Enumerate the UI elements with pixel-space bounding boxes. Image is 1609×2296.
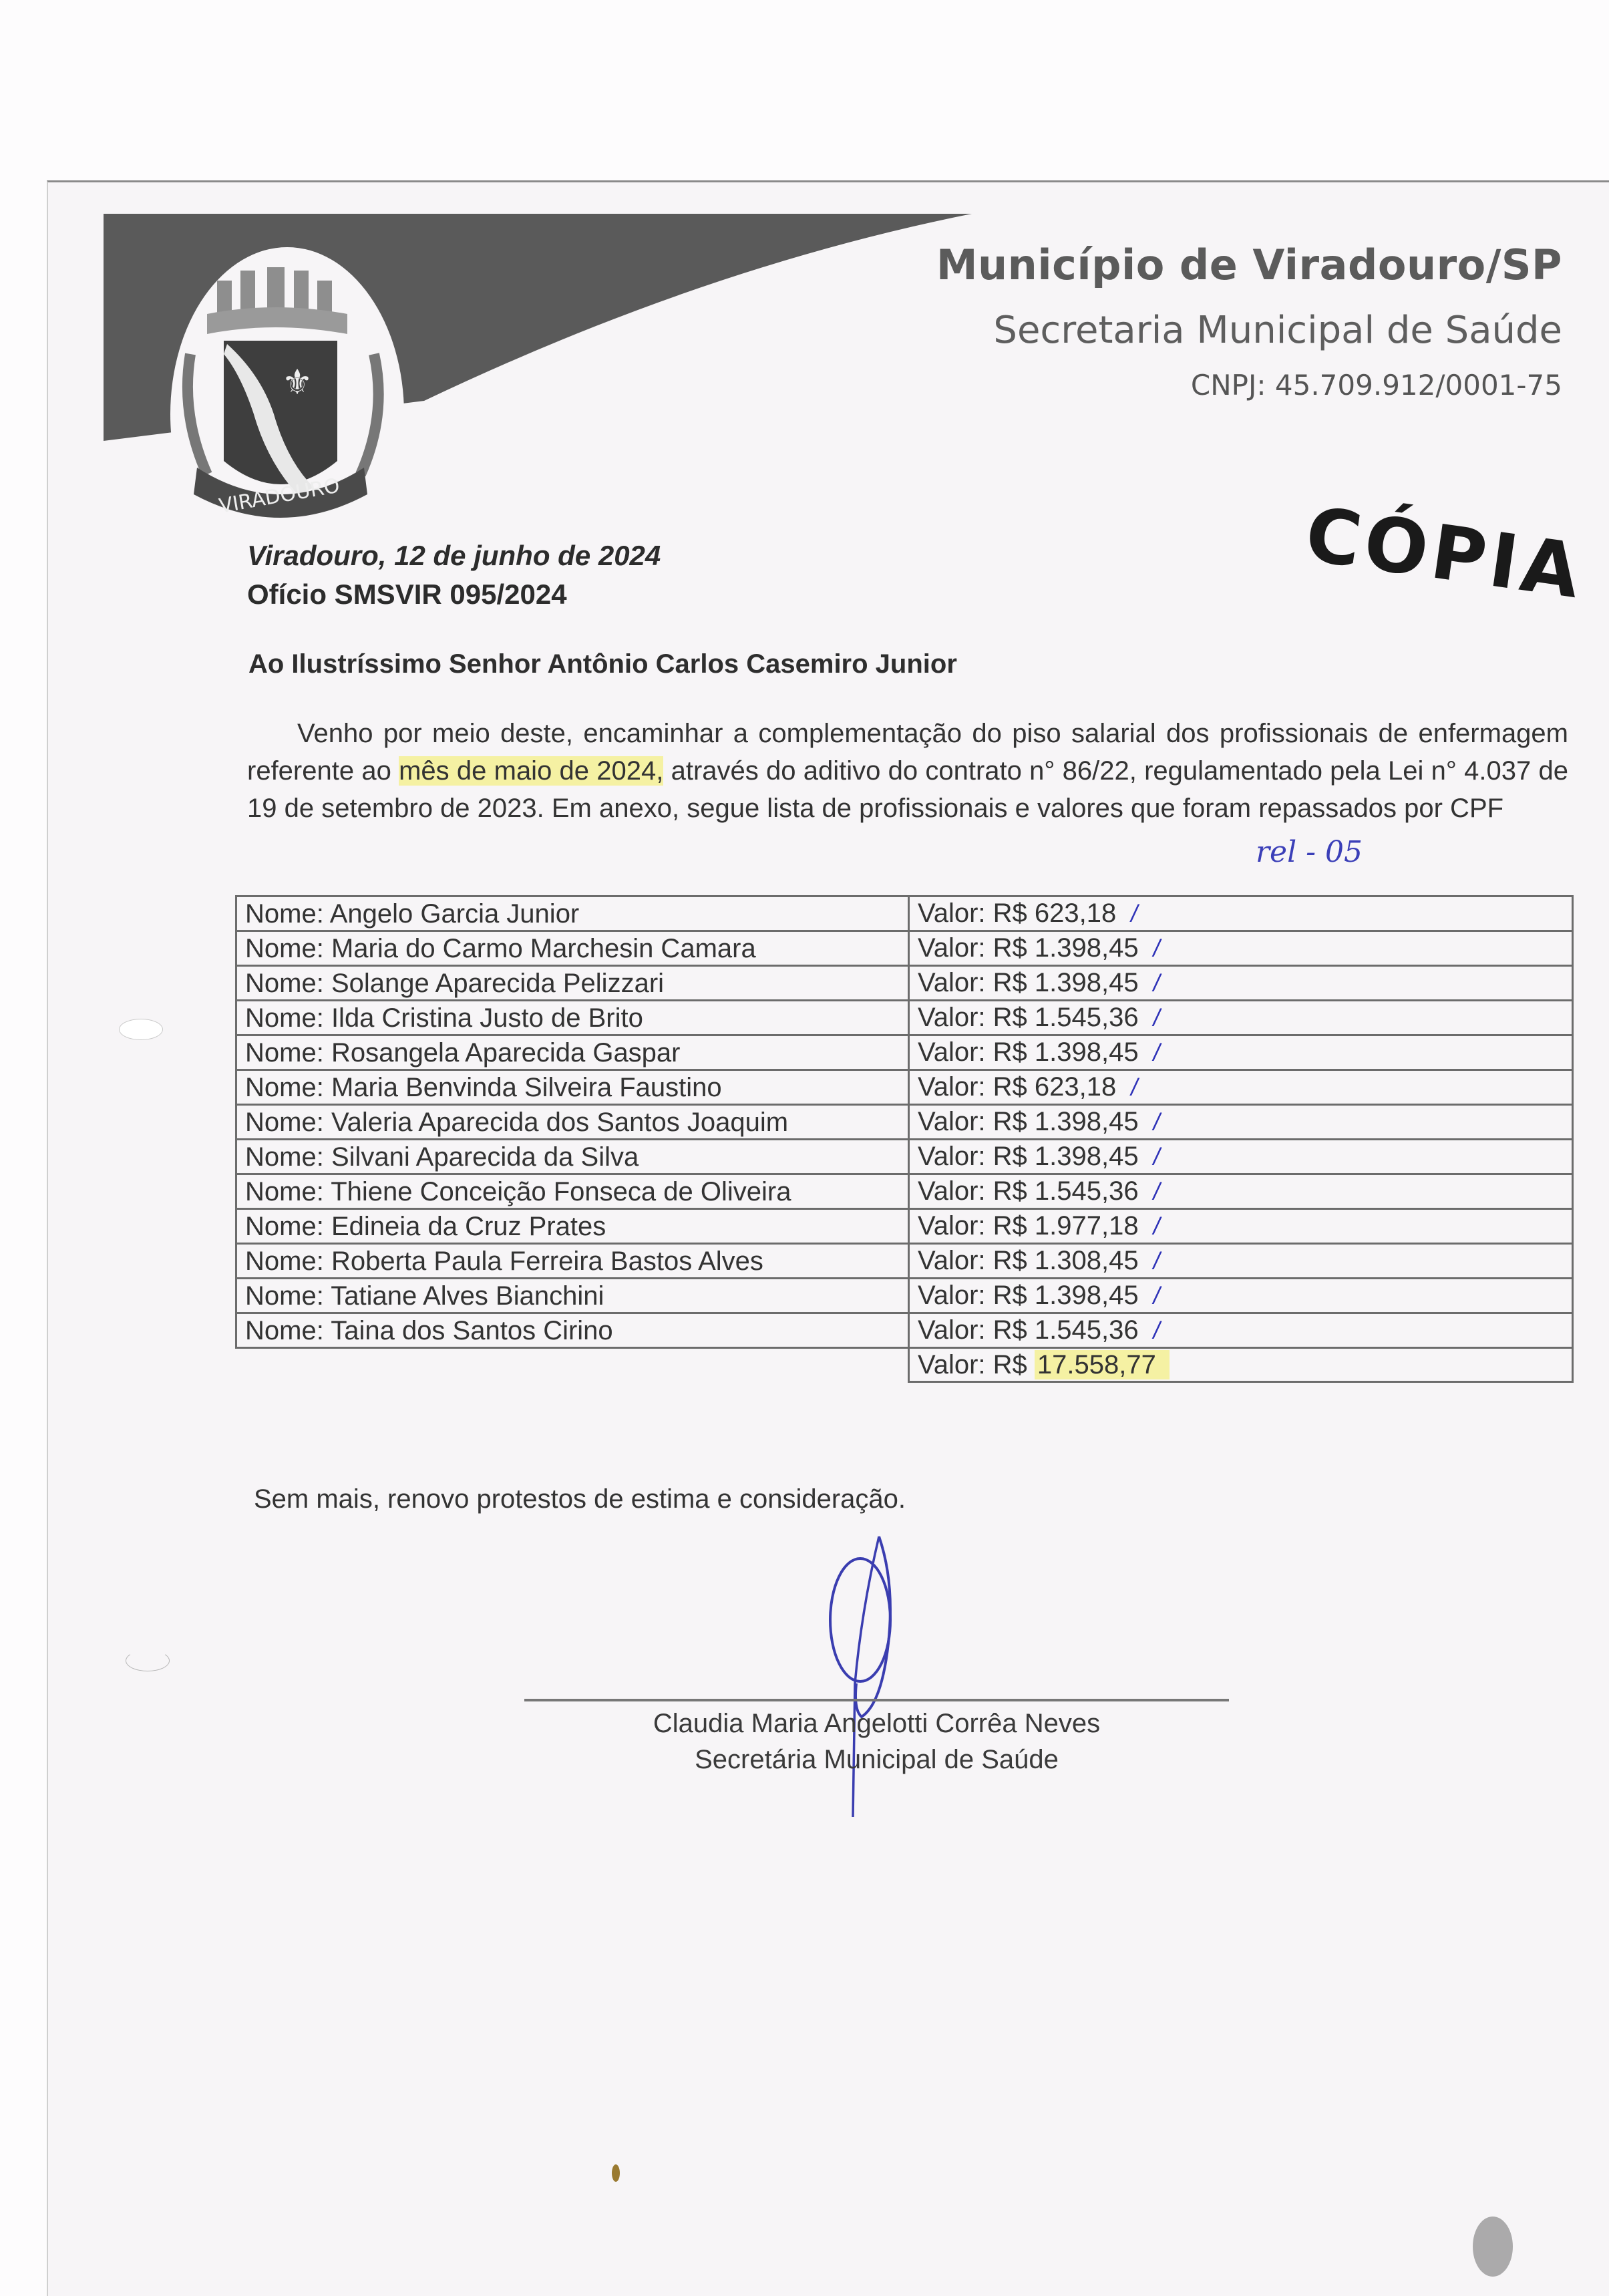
- value-prefix: Valor: R$: [918, 968, 1027, 997]
- letter-body: Venho por meio deste, encaminhar a compl…: [247, 715, 1568, 827]
- department-subtitle: Secretaria Municipal de Saúde: [993, 309, 1562, 352]
- employee-name: Solange Aparecida Pelizzari: [331, 969, 664, 998]
- table-row: Nome: Tatiane Alves BianchiniValor: R$ 1…: [236, 1279, 1573, 1313]
- amount-cell: Valor: R$ 1.545,36/: [909, 1001, 1573, 1035]
- name-prefix: Nome:: [245, 899, 324, 929]
- coat-of-arms-icon: ⚜ VIRADOURO: [160, 240, 407, 528]
- value-prefix: Valor: R$: [918, 1107, 1027, 1136]
- employee-name: Rosangela Aparecida Gaspar: [331, 1038, 681, 1068]
- name-prefix: Nome:: [245, 1108, 324, 1137]
- check-mark-icon: /: [1153, 1004, 1160, 1031]
- value-prefix: Valor: R$: [918, 1211, 1027, 1241]
- amount-cell: Valor: R$ 1.545,36/: [909, 1313, 1573, 1348]
- table-row: Nome: Rosangela Aparecida GasparValor: R…: [236, 1035, 1573, 1070]
- table-row: Nome: Taina dos Santos CirinoValor: R$ 1…: [236, 1313, 1573, 1348]
- empty-cell: [236, 1348, 909, 1382]
- name-prefix: Nome:: [245, 969, 324, 998]
- value-prefix: Valor: R$: [918, 1350, 1027, 1379]
- value-prefix: Valor: R$: [918, 1003, 1027, 1032]
- value-prefix: Valor: R$: [918, 933, 1027, 963]
- employee-name-cell: Nome: Taina dos Santos Cirino: [236, 1313, 909, 1348]
- employee-name: Ilda Cristina Justo de Brito: [331, 1003, 643, 1033]
- check-mark-icon: /: [1153, 1282, 1160, 1309]
- punch-hole: [119, 1019, 163, 1040]
- payments-table: Nome: Angelo Garcia JuniorValor: R$ 623,…: [235, 895, 1574, 1383]
- amount-cell: Valor: R$ 1.308,45/: [909, 1244, 1573, 1279]
- letter-reference: Ofício SMSVIR 095/2024: [247, 579, 567, 611]
- handwritten-note: rel - 05: [1256, 835, 1363, 869]
- employee-name: Roberta Paula Ferreira Bastos Alves: [331, 1247, 763, 1276]
- table-row: Nome: Maria Benvinda Silveira FaustinoVa…: [236, 1070, 1573, 1105]
- check-mark-icon: /: [1153, 1212, 1160, 1240]
- employee-name: Thiene Conceição Fonseca de Oliveira: [331, 1177, 791, 1206]
- check-mark-icon: /: [1153, 1247, 1160, 1275]
- employee-name-cell: Nome: Maria do Carmo Marchesin Camara: [236, 931, 909, 966]
- amount-cell: Valor: R$ 1.398,45/: [909, 1279, 1573, 1313]
- employee-name: Maria Benvinda Silveira Faustino: [331, 1073, 722, 1102]
- name-prefix: Nome:: [245, 1073, 324, 1102]
- name-prefix: Nome:: [245, 1212, 324, 1241]
- check-mark-icon: /: [1131, 1074, 1137, 1101]
- table-row: Nome: Maria do Carmo Marchesin CamaraVal…: [236, 931, 1573, 966]
- letter-addressee: Ao Ilustríssimo Senhor Antônio Carlos Ca…: [248, 649, 957, 679]
- name-prefix: Nome:: [245, 1177, 324, 1206]
- table-row: Nome: Solange Aparecida PelizzariValor: …: [236, 966, 1573, 1001]
- employee-name-cell: Nome: Tatiane Alves Bianchini: [236, 1279, 909, 1313]
- amount: 1.398,45: [1035, 968, 1139, 997]
- table-row: Nome: Ilda Cristina Justo de BritoValor:…: [236, 1001, 1573, 1035]
- table-row: Nome: Thiene Conceição Fonseca de Olivei…: [236, 1174, 1573, 1209]
- total-row: Valor: R$ 17.558,77: [236, 1348, 1573, 1382]
- employee-name: Angelo Garcia Junior: [330, 899, 580, 929]
- employee-name-cell: Nome: Maria Benvinda Silveira Faustino: [236, 1070, 909, 1105]
- table-row: Nome: Roberta Paula Ferreira Bastos Alve…: [236, 1244, 1573, 1279]
- employee-name: Tatiane Alves Bianchini: [331, 1281, 604, 1311]
- value-prefix: Valor: R$: [918, 1072, 1027, 1102]
- stain-mark: [612, 2164, 620, 2182]
- name-prefix: Nome:: [245, 1247, 324, 1276]
- value-prefix: Valor: R$: [918, 1037, 1027, 1067]
- employee-name-cell: Nome: Silvani Aparecida da Silva: [236, 1140, 909, 1174]
- table-row: Nome: Angelo Garcia JuniorValor: R$ 623,…: [236, 896, 1573, 931]
- check-mark-icon: /: [1153, 1108, 1160, 1136]
- signer-name: Claudia Maria Angelotti Corrêa Neves: [524, 1709, 1229, 1739]
- employee-name-cell: Nome: Angelo Garcia Junior: [236, 896, 909, 931]
- employee-name: Maria do Carmo Marchesin Camara: [331, 934, 756, 963]
- total-amount: 17.558,77: [1035, 1350, 1170, 1379]
- name-prefix: Nome:: [245, 1142, 324, 1172]
- employee-name-cell: Nome: Ilda Cristina Justo de Brito: [236, 1001, 909, 1035]
- check-mark-icon: /: [1153, 935, 1160, 962]
- amount: 1.398,45: [1035, 933, 1139, 963]
- municipality-title: Município de Viradouro/SP: [936, 240, 1562, 289]
- value-prefix: Valor: R$: [918, 1315, 1027, 1345]
- check-mark-icon: /: [1153, 1317, 1160, 1344]
- amount-cell: Valor: R$ 1.398,45/: [909, 1140, 1573, 1174]
- name-prefix: Nome:: [245, 1316, 324, 1345]
- amount: 1.398,45: [1035, 1037, 1139, 1067]
- amount: 623,18: [1035, 898, 1116, 928]
- amount: 1.398,45: [1035, 1281, 1139, 1310]
- amount-cell: Valor: R$ 623,18/: [909, 896, 1573, 931]
- amount-cell: Valor: R$ 1.398,45/: [909, 966, 1573, 1001]
- employee-name-cell: Nome: Thiene Conceição Fonseca de Olivei…: [236, 1174, 909, 1209]
- closing-remark: Sem mais, renovo protestos de estima e c…: [254, 1484, 906, 1514]
- amount: 1.545,36: [1035, 1315, 1139, 1345]
- amount-cell: Valor: R$ 1.398,45/: [909, 931, 1573, 966]
- employee-name-cell: Nome: Rosangela Aparecida Gaspar: [236, 1035, 909, 1070]
- employee-name: Taina dos Santos Cirino: [331, 1316, 612, 1345]
- amount: 1.308,45: [1035, 1246, 1139, 1275]
- value-prefix: Valor: R$: [918, 1142, 1027, 1171]
- amount: 623,18: [1035, 1072, 1116, 1102]
- employee-name-cell: Nome: Roberta Paula Ferreira Bastos Alve…: [236, 1244, 909, 1279]
- name-prefix: Nome:: [245, 1038, 324, 1068]
- name-prefix: Nome:: [245, 934, 324, 963]
- name-prefix: Nome:: [245, 1281, 324, 1311]
- scan-artifact: [1473, 2217, 1513, 2277]
- amount-cell: Valor: R$ 623,18/: [909, 1070, 1573, 1105]
- cnpj-number: CNPJ: 45.709.912/0001-75: [1191, 369, 1562, 401]
- table-row: Nome: Valeria Aparecida dos Santos Joaqu…: [236, 1105, 1573, 1140]
- punch-hole: [126, 1650, 170, 1671]
- svg-text:⚜: ⚜: [282, 363, 313, 403]
- value-prefix: Valor: R$: [918, 1281, 1027, 1310]
- amount: 1.545,36: [1035, 1176, 1139, 1206]
- check-mark-icon: /: [1153, 1039, 1160, 1066]
- employee-name: Silvani Aparecida da Silva: [331, 1142, 639, 1172]
- highlighted-month: mês de maio de 2024,: [399, 756, 663, 786]
- check-mark-icon: /: [1153, 969, 1160, 997]
- handwritten-signature: [815, 1530, 922, 1824]
- employee-name-cell: Nome: Solange Aparecida Pelizzari: [236, 966, 909, 1001]
- amount: 1.398,45: [1035, 1142, 1139, 1171]
- amount: 1.977,18: [1035, 1211, 1139, 1241]
- employee-name: Valeria Aparecida dos Santos Joaquim: [331, 1108, 788, 1137]
- amount-cell: Valor: R$ 1.398,45/: [909, 1105, 1573, 1140]
- employee-name-cell: Nome: Edineia da Cruz Prates: [236, 1209, 909, 1244]
- employee-name: Edineia da Cruz Prates: [331, 1212, 606, 1241]
- amount-cell: Valor: R$ 1.545,36/: [909, 1174, 1573, 1209]
- employee-name-cell: Nome: Valeria Aparecida dos Santos Joaqu…: [236, 1105, 909, 1140]
- name-prefix: Nome:: [245, 1003, 324, 1033]
- check-mark-icon: /: [1153, 1178, 1160, 1205]
- table-row: Nome: Silvani Aparecida da SilvaValor: R…: [236, 1140, 1573, 1174]
- amount: 1.545,36: [1035, 1003, 1139, 1032]
- signer-title: Secretária Municipal de Saúde: [524, 1745, 1229, 1775]
- table-row: Nome: Edineia da Cruz PratesValor: R$ 1.…: [236, 1209, 1573, 1244]
- amount: 1.398,45: [1035, 1107, 1139, 1136]
- amount-cell: Valor: R$ 1.977,18/: [909, 1209, 1573, 1244]
- check-mark-icon: /: [1153, 1143, 1160, 1170]
- value-prefix: Valor: R$: [918, 898, 1027, 928]
- value-prefix: Valor: R$: [918, 1246, 1027, 1275]
- value-prefix: Valor: R$: [918, 1176, 1027, 1206]
- total-amount-cell: Valor: R$ 17.558,77: [909, 1348, 1573, 1382]
- signature-line: [524, 1699, 1229, 1701]
- check-mark-icon: /: [1131, 900, 1137, 927]
- letter-date: Viradouro, 12 de junho de 2024: [247, 540, 661, 572]
- amount-cell: Valor: R$ 1.398,45/: [909, 1035, 1573, 1070]
